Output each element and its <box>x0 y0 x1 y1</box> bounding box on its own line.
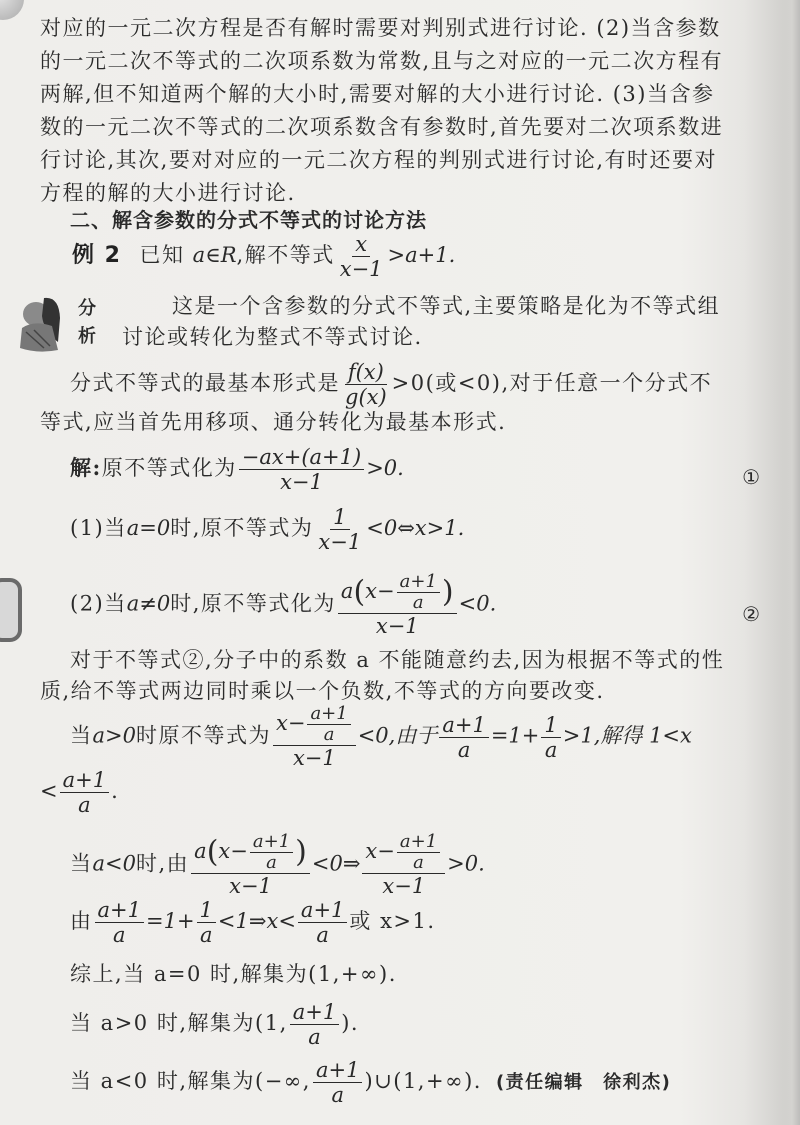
case-negative-line: 当a<0时,由a(x−a+1a)x−1<0⇒x−a+1ax−1>0. <box>70 832 485 898</box>
solution-line: 解:原不等式化为−ax+(a+1)x−1>0. <box>70 445 404 494</box>
note-line-2: 质,给不等式两边同时乘以一个负数,不等式的方向要改变. <box>40 677 605 705</box>
fraction: −ax+(a+1)x−1 <box>239 445 364 494</box>
intro-line-5: 行讨论,其次,要对对应的一元二次方程的判别式进行讨论,有时还要对 <box>40 146 717 174</box>
section-heading: 二、解含参数的分式不等式的讨论方法 <box>70 206 427 234</box>
case-positive-line-2: <a+1a. <box>40 768 119 817</box>
editor-credit: (责任编辑 徐利杰) <box>496 1072 671 1093</box>
fraction: a(x−a+1a)x−1 <box>338 572 457 638</box>
basic-form-line-2: 等式,应当首先用移项、通分转化为最基本形式. <box>40 408 506 436</box>
side-tab-decoration <box>0 578 22 642</box>
fraction: 1a <box>197 898 216 947</box>
case-1-line: (1)当a=0时,原不等式为1x−1<0⇔x>1. <box>70 505 464 554</box>
summary-line-3: 当 a<0 时,解集为(−∞,a+1a)∪(1,+∞).(责任编辑 徐利杰) <box>70 1058 671 1107</box>
case-negative-line-2: 由a+1a=1+1a<1⇒x<a+1a或 x>1. <box>70 898 436 947</box>
intro-line-6: 方程的解的大小进行讨论. <box>40 179 296 207</box>
example-label: 例 2 <box>72 243 121 268</box>
fraction: a(x−a+1a)x−1 <box>191 832 310 898</box>
fraction: x−a+1ax−1 <box>273 704 356 770</box>
example-2: 例 2已知 a∈R,解不等式xx−1>a+1. <box>72 232 455 281</box>
fraction: a+1a <box>60 768 109 817</box>
case-2-line: (2)当a≠0时,原不等式化为a(x−a+1a)x−1<0. <box>70 572 496 638</box>
note-line-1: 对于不等式②,分子中的系数 a 不能随意约去,因为根据不等式的性 <box>70 646 724 674</box>
fraction: x−a+1ax−1 <box>362 832 445 898</box>
case-positive-line: 当a>0时原不等式为x−a+1ax−1<0,由于a+1a=1+1a>1,解得 1… <box>70 704 692 770</box>
intro-line-3: 两解,但不知道两个解的大小时,需要对解的大小进行讨论. (3)当含参 <box>40 80 714 108</box>
summary-line-2: 当 a>0 时,解集为(1,a+1a). <box>70 1000 359 1049</box>
summary-line-1: 综上,当 a=0 时,解集为(1,+∞). <box>70 960 397 988</box>
page-binding-shadow <box>780 0 800 1125</box>
equation-marker-2: ② <box>742 602 760 626</box>
fraction: a+1a <box>298 898 347 947</box>
analysis-line-1: 这是一个含参数的分式不等式,主要策略是化为不等式组 <box>172 292 720 320</box>
fraction: xx−1 <box>337 232 386 281</box>
intro-line-4: 数的一元二次不等式的二次项系数含有参数时,首先要对二次项系数进 <box>40 113 723 141</box>
intro-line-2: 的一元二次不等式的二次项系数为常数,且与之对应的一元二次方程有 <box>40 47 723 75</box>
analysis-label-top: 分 <box>78 294 96 320</box>
fraction: a+1a <box>313 1058 362 1107</box>
page-corner-decoration <box>0 0 24 20</box>
fraction: f(x)g(x) <box>342 360 390 409</box>
equation-marker-1: ① <box>742 465 760 489</box>
intro-line-1: 对应的一元二次方程是否有解时需要对判别式进行讨论. (2)当含参数 <box>40 14 721 42</box>
analysis-label-bottom: 析 <box>78 322 96 348</box>
fraction: a+1a <box>290 1000 339 1049</box>
textbook-page: 对应的一元二次方程是否有解时需要对判别式进行讨论. (2)当含参数 的一元二次不… <box>0 0 800 1125</box>
fraction: 1x−1 <box>315 505 364 554</box>
analysis-line-2: 讨论或转化为整式不等式讨论. <box>122 323 423 351</box>
basic-form-line-1: 分式不等式的最基本形式是f(x)g(x)>0(或<0),对于任意一个分式不 <box>70 360 712 409</box>
analysis-illustration-icon <box>14 292 74 354</box>
fraction: a+1a <box>95 898 144 947</box>
fraction: 1a <box>541 713 560 762</box>
fraction: a+1a <box>439 713 488 762</box>
